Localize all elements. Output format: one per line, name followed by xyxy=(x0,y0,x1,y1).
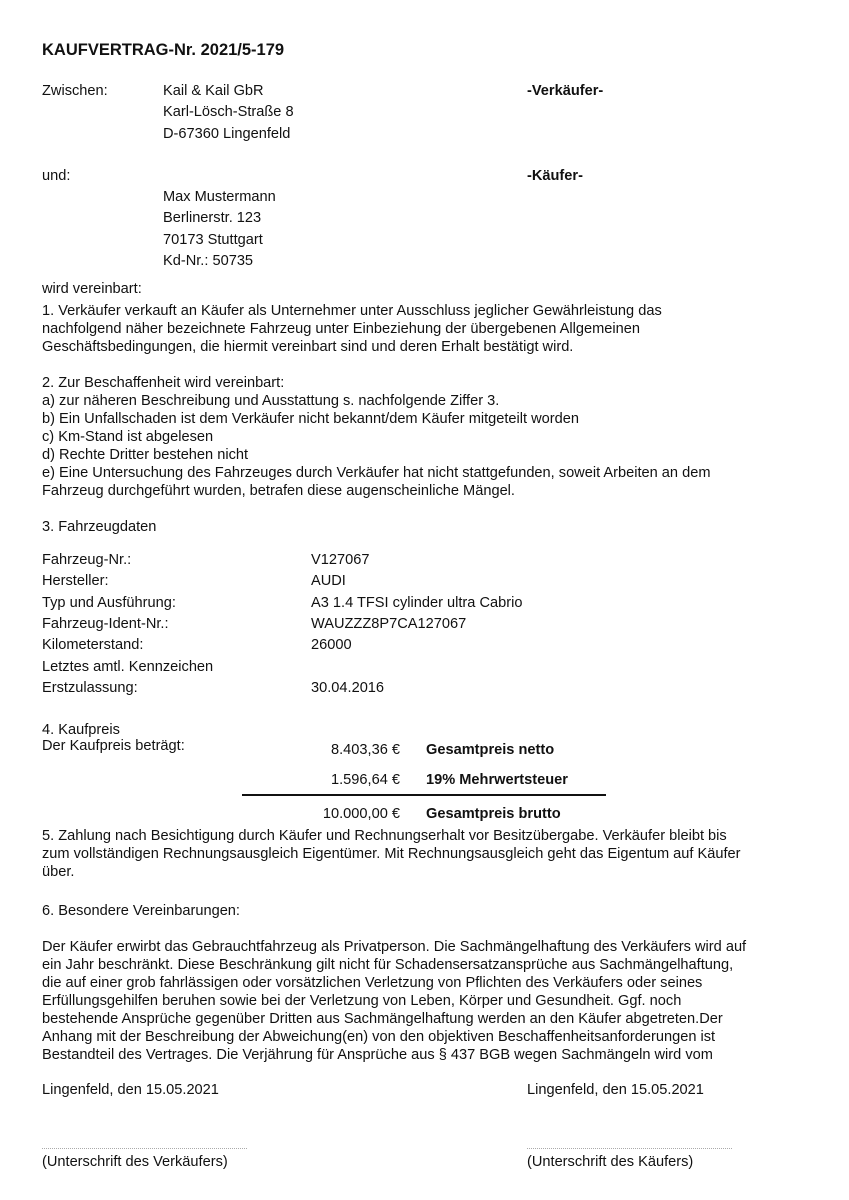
vehicle-data-row: Hersteller:AUDI xyxy=(42,571,602,592)
section-5-line: über. xyxy=(42,863,822,881)
section-2-heading: 2. Zur Beschaffenheit wird vereinbart: xyxy=(42,374,822,392)
vehicle-data-row: Erstzulassung:30.04.2016 xyxy=(42,678,602,699)
buyer-place-date: Lingenfeld, den 15.05.2021 xyxy=(527,1080,704,1101)
between-label: Zwischen: xyxy=(42,81,108,102)
vehicle-data-value: AUDI xyxy=(311,571,346,592)
section-6-line: Erfüllungsgehilfen beruhen sowie bei der… xyxy=(42,992,822,1010)
section-2: 2. Zur Beschaffenheit wird vereinbart: a… xyxy=(42,374,822,500)
section-6-line: Anhang mit der Beschreibung der Abweichu… xyxy=(42,1028,822,1046)
vehicle-data-row: Fahrzeug-Ident-Nr.:WAUZZZ8P7CA127067 xyxy=(42,614,602,635)
vehicle-data-value: 30.04.2016 xyxy=(311,678,384,699)
price-vat-amount: 1.596,64 € xyxy=(240,770,400,791)
section-1-line: nachfolgend näher bezeichnete Fahrzeug u… xyxy=(42,320,822,338)
vehicle-data-value: WAUZZZ8P7CA127067 xyxy=(311,614,466,635)
seller-place-date: Lingenfeld, den 15.05.2021 xyxy=(42,1080,219,1101)
price-net-amount: 8.403,36 € xyxy=(240,740,400,761)
section-1-line: 1. Verkäufer verkauft an Käufer als Unte… xyxy=(42,302,822,320)
vehicle-data-label: Fahrzeug-Nr.: xyxy=(42,550,131,571)
price-gross-amount: 10.000,00 € xyxy=(240,804,400,825)
buyer-signature-line xyxy=(527,1148,732,1149)
seller-role: -Verkäufer- xyxy=(527,81,603,102)
section-6-line: Bestandteil des Vertrages. Die Verjährun… xyxy=(42,1046,822,1064)
section-6-line: ein Jahr beschränkt. Diese Beschränkung … xyxy=(42,956,822,974)
seller-name: Kail & Kail GbR xyxy=(163,81,264,102)
seller-city: D-67360 Lingenfeld xyxy=(163,124,290,145)
section-4-heading: 4. Kaufpreis xyxy=(42,722,120,739)
vehicle-data-row: Typ und Ausführung:A3 1.4 TFSI cylinder … xyxy=(42,593,602,614)
price-net-label: Gesamtpreis netto xyxy=(426,740,554,761)
section-2-item-c: c) Km-Stand ist abgelesen xyxy=(42,428,822,446)
vehicle-data-value: V127067 xyxy=(311,550,369,571)
section-5-line: 5. Zahlung nach Besichtigung durch Käufe… xyxy=(42,827,822,845)
section-2-item-b: b) Ein Unfallschaden ist dem Verkäufer n… xyxy=(42,410,822,428)
section-6-heading: 6. Besondere Vereinbarungen: xyxy=(42,901,240,922)
section-5-line: zum vollständigen Rechnungsausgleich Eig… xyxy=(42,845,822,863)
buyer-signature-caption: (Unterschrift des Käufers) xyxy=(527,1152,693,1173)
buyer-street: Berlinerstr. 123 xyxy=(163,208,261,229)
section-1: 1. Verkäufer verkauft an Käufer als Unte… xyxy=(42,302,822,356)
buyer-name: Max Mustermann xyxy=(163,187,276,208)
section-2-item-d: d) Rechte Dritter bestehen nicht xyxy=(42,446,822,464)
vehicle-data-row: Kilometerstand:26000 xyxy=(42,635,602,656)
agreed-label: wird vereinbart: xyxy=(42,279,142,300)
section-2-item-e: e) Eine Untersuchung des Fahrzeuges durc… xyxy=(42,464,822,482)
section-3-heading: 3. Fahrzeugdaten xyxy=(42,517,156,538)
and-label: und: xyxy=(42,166,70,187)
price-sum-rule xyxy=(242,794,606,796)
section-5: 5. Zahlung nach Besichtigung durch Käufe… xyxy=(42,827,822,881)
section-2-item-e-cont: Fahrzeug durchgeführt wurden, betrafen d… xyxy=(42,482,822,500)
buyer-city: 70173 Stuttgart xyxy=(163,230,263,251)
vehicle-data-value: A3 1.4 TFSI cylinder ultra Cabrio xyxy=(311,593,522,614)
buyer-customer-no: Kd-Nr.: 50735 xyxy=(163,251,253,272)
vehicle-data-label: Erstzulassung: xyxy=(42,678,138,699)
vehicle-data-label: Kilometerstand: xyxy=(42,635,143,656)
price-intro: Der Kaufpreis beträgt: xyxy=(42,738,185,755)
seller-street: Karl-Lösch-Straße 8 xyxy=(163,102,294,123)
section-6-line: bestehende Ansprüche gegenüber Dritten a… xyxy=(42,1010,822,1028)
section-1-line: Geschäftsbedingungen, die hiermit verein… xyxy=(42,338,822,356)
price-gross-label: Gesamtpreis brutto xyxy=(426,804,561,825)
seller-signature-caption: (Unterschrift des Verkäufers) xyxy=(42,1152,228,1173)
buyer-role: -Käufer- xyxy=(527,166,583,187)
section-2-item-a: a) zur näheren Beschreibung und Ausstatt… xyxy=(42,392,822,410)
vehicle-data-row: Letztes amtl. Kennzeichen xyxy=(42,657,602,678)
vehicle-data-value: 26000 xyxy=(311,635,352,656)
vehicle-data-label: Hersteller: xyxy=(42,571,109,592)
vehicle-data-row: Fahrzeug-Nr.:V127067 xyxy=(42,550,602,571)
vehicle-data-label: Typ und Ausführung: xyxy=(42,593,176,614)
vehicle-data-label: Letztes amtl. Kennzeichen xyxy=(42,657,213,678)
vehicle-data-label: Fahrzeug-Ident-Nr.: xyxy=(42,614,169,635)
contract-title: KAUFVERTRAG-Nr. 2021/5-179 xyxy=(42,40,284,61)
price-vat-label: 19% Mehrwertsteuer xyxy=(426,770,568,791)
section-6-line: Der Käufer erwirbt das Gebrauchtfahrzeug… xyxy=(42,938,822,956)
seller-signature-line xyxy=(42,1148,247,1149)
section-6: Der Käufer erwirbt das Gebrauchtfahrzeug… xyxy=(42,938,822,1064)
section-6-line: die auf einer grob fahrlässigen oder vor… xyxy=(42,974,822,992)
